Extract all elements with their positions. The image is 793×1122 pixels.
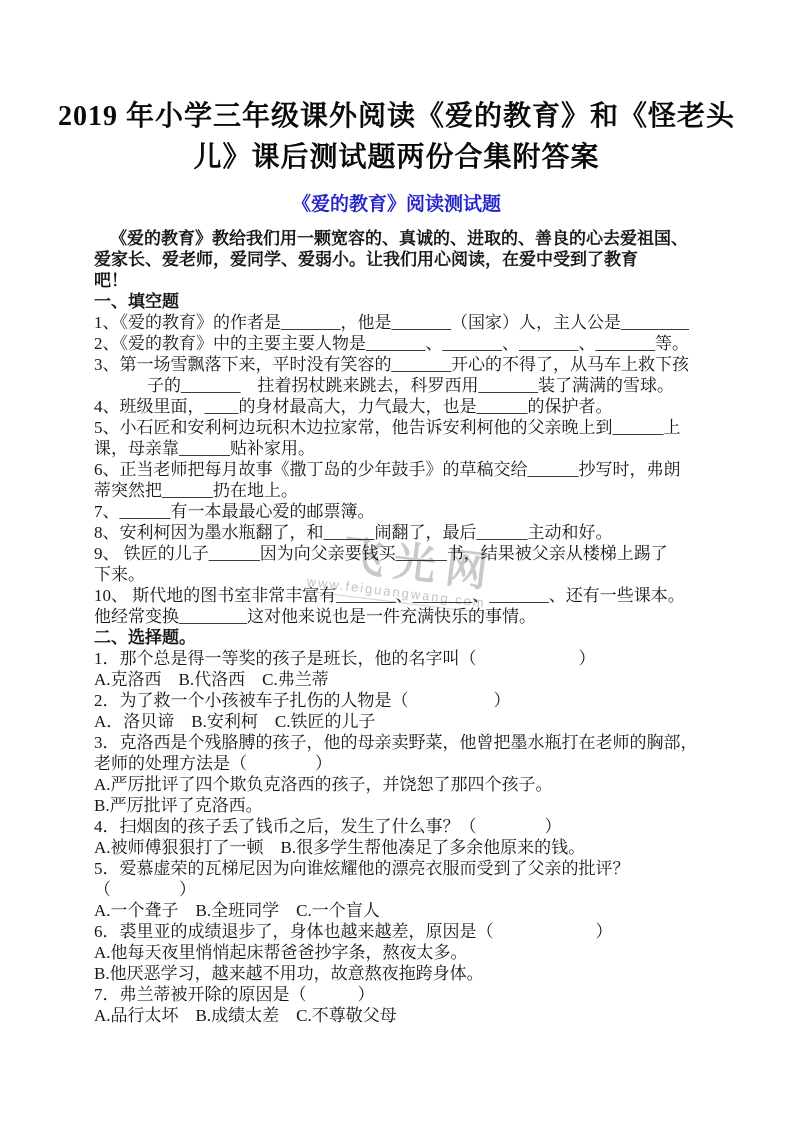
- text-line: 《爱的教育》教给我们用一颗宽容的、真诚的、进取的、善良的心去爱祖国、: [94, 228, 703, 249]
- text-line: 9、 铁匠的儿子______因为向父亲要钱买______书，结果被父亲从楼梯上踢…: [94, 543, 703, 564]
- text-line: 5．爱慕虚荣的瓦梯尼因为向谁炫耀他的漂亮衣服而受到了父亲的批评？: [94, 858, 703, 879]
- text-line: 课，母亲靠______贴补家用。: [94, 438, 703, 459]
- text-line: （ ）: [94, 879, 703, 900]
- text-line: A.克洛西 B.代洛西 C.弗兰蒂: [94, 669, 703, 690]
- text-line: 6．裘里亚的成绩退步了，身体也越来越差，原因是（ ）: [94, 921, 703, 942]
- text-line: 8、安利柯因为墨水瓶翻了，和______闹翻了，最后______主动和好。: [94, 522, 703, 543]
- text-line: 子的_______ 拄着拐杖跳来跳去，科罗西用_______装了满满的雪球。: [94, 375, 703, 396]
- text-line: 10、 斯代地的图书室非常丰富有_______、_______、_______、…: [94, 585, 703, 606]
- text-line: B.严厉批评了克洛西。: [94, 795, 703, 816]
- text-line: 老师的处理方法是（ ）: [94, 753, 703, 774]
- text-line: 4．扫烟囱的孩子丢了钱币之后，发生了什么事？（ ）: [94, 816, 703, 837]
- text-line: 3．克洛西是个残胳膊的孩子，他的母亲卖野菜，他曾把墨水瓶打在老师的胸部，: [94, 732, 703, 753]
- text-line: 他经常变换________这对他来说也是一件充满快乐的事情。: [94, 606, 703, 627]
- text-line: 爱家长、爱老师，爱同学、爱弱小。让我们用心阅读，在爱中受到了教育: [94, 249, 703, 270]
- text-line: A．洛贝谛 B.安利柯 C.铁匠的儿子: [94, 711, 703, 732]
- text-line: 3、第一场雪飘落下来，平时没有笑容的_______开心的不得了，从马车上救下孩: [94, 354, 703, 375]
- document-title-line-1: 2019 年小学三年级课外阅读《爱的教育》和《怪老头: [0, 96, 793, 137]
- text-line: 二、选择题。: [94, 627, 703, 648]
- text-line: 7、______有一本最最心爱的邮票簿。: [94, 501, 703, 522]
- text-line: 6、正当老师把每月故事《撒丁岛的少年鼓手》的草稿交给______抄写时，弗朗: [94, 459, 703, 480]
- text-line: 吧！: [94, 270, 703, 291]
- text-line: 一、填空题: [94, 291, 703, 312]
- document-title-line-2: 儿》课后测试题两份合集附答案: [0, 137, 793, 178]
- text-line: 蒂突然把______扔在地上。: [94, 480, 703, 501]
- text-line: A.他每天夜里悄悄起床帮爸爸抄字条，熬夜太多。: [94, 942, 703, 963]
- text-line: 1．那个总是得一等奖的孩子是班长，他的名字叫（ ）: [94, 648, 703, 669]
- text-line: 7．弗兰蒂被开除的原因是（ ）: [94, 984, 703, 1005]
- document-page: 2019 年小学三年级课外阅读《爱的教育》和《怪老头 儿》课后测试题两份合集附答…: [0, 0, 793, 1122]
- text-line: A.一个聋子 B.全班同学 C.一个盲人: [94, 900, 703, 921]
- text-line: 1、《爱的教育》的作者是_______，他是_______（国家）人，主人公是_…: [94, 312, 703, 333]
- text-line: 2、《爱的教育》中的主要主要人物是_______、_______、_______…: [94, 333, 703, 354]
- text-line: 下来。: [94, 564, 703, 585]
- text-line: A.品行太坏 B.成绩太差 C.不尊敬父母: [94, 1005, 703, 1026]
- body-lines: 《爱的教育》教给我们用一颗宽容的、真诚的、进取的、善良的心去爱祖国、爱家长、爱老…: [94, 228, 703, 1026]
- text-line: 4、班级里面，____的身材最高大，力气最大，也是______的保护者。: [94, 396, 703, 417]
- title-block: 2019 年小学三年级课外阅读《爱的教育》和《怪老头 儿》课后测试题两份合集附答…: [0, 0, 793, 178]
- text-line: A.被师傅狠狠打了一顿 B.很多学生帮他凑足了多余他原来的钱。: [94, 837, 703, 858]
- text-line: 5、小石匠和安利柯边玩积木边拉家常，他告诉安利柯他的父亲晚上到______上: [94, 417, 703, 438]
- subtitle: 《爱的教育》阅读测试题: [0, 192, 793, 218]
- text-line: 2．为了救一个小孩被车子扎伤的人物是（ ）: [94, 690, 703, 711]
- text-line: B.他厌恶学习，越来越不用功，故意熬夜拖跨身体。: [94, 963, 703, 984]
- text-line: A.严厉批评了四个欺负克洛西的孩子，并饶恕了那四个孩子。: [94, 774, 703, 795]
